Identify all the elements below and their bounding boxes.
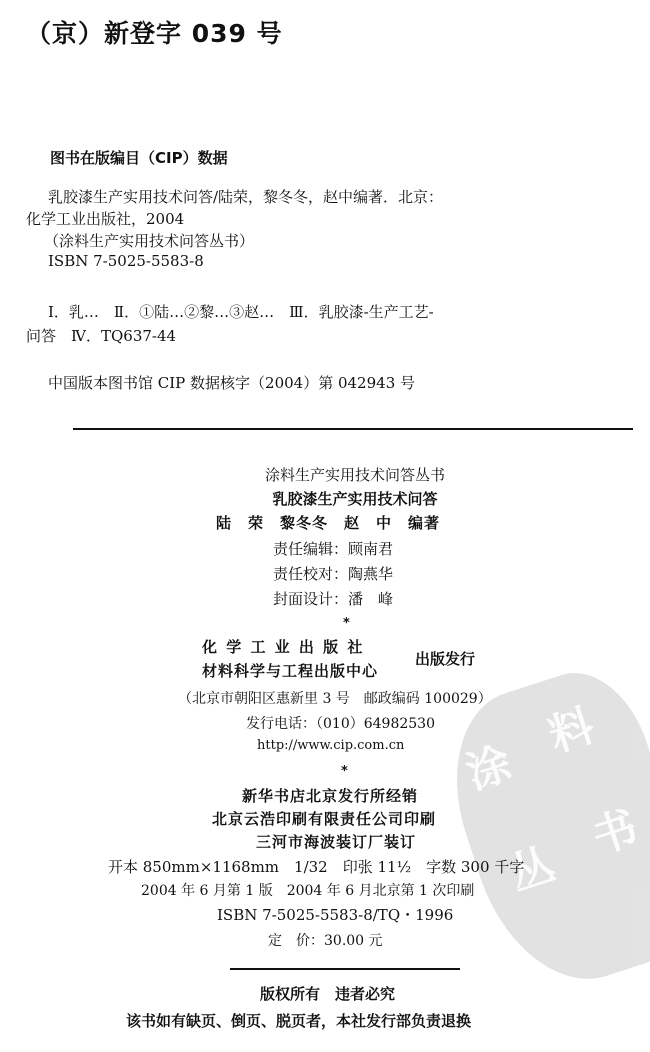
publisher-website[interactable]: http://www.cip.com.cn [257,738,404,753]
book-title: 乳胶漆生产实用技术问答 [30,488,650,509]
separator-star: * [341,764,348,779]
watermark-glyph: 料 [539,690,601,764]
watermark-glyph: 涂 [457,727,519,801]
publish-and-issue: 出版发行 [415,648,475,669]
copyright-notice: 版权所有 违者必究 [260,983,395,1004]
printer: 北京云浩印刷有限责任公司印刷 [212,808,436,829]
cip-record-number: 中国版本图书馆 CIP 数据核字（2004）第 042943 号 [48,372,415,393]
binder: 三河市海波装订厂装订 [256,831,416,852]
distributor: 新华书店北京发行所经销 [242,785,418,806]
defect-return-notice: 该书如有缺页、倒页、脱页者，本社发行部负责退换 [126,1010,471,1031]
publisher-center: 材料科学与工程出版中心 [202,660,378,681]
publisher-address: （北京市朝阳区惠新里 3 号 邮政编码 100029） [178,688,492,708]
divider-top [73,428,633,430]
separator-star: * [343,616,350,631]
series-name: 涂料生产实用技术问答丛书 [30,464,650,485]
cip-line-series: （涂料生产实用技术问答丛书） [44,230,254,251]
registration-number: （京）新登字 039 号 [26,14,283,50]
watermark-glyph: 书 [583,791,645,865]
authors: 陆 荣 黎冬冬 赵 中 编著 [216,512,440,533]
publisher-name: 化 学 工 业 出 版 社 [202,636,364,657]
divider-bottom [230,968,460,970]
cip-line-isbn: ISBN 7-5025-5583-8 [48,252,204,270]
cip-heading: 图书在版编目（CIP）数据 [50,147,228,168]
edition-info: 2004 年 6 月第 1 版 2004 年 6 月北京第 1 次印刷 [141,880,474,900]
isbn-full: ISBN 7-5025-5583-8/TQ・1996 [217,904,453,925]
cip-subject-line-2: 问答 Ⅳ．TQ637-44 [26,325,176,346]
proofreader: 责任校对：陶燕华 [273,563,393,584]
cip-line-title: 乳胶漆生产实用技术问答/陆荣，黎冬冬，赵中编著．北京： [48,186,443,207]
issue-phone: 发行电话：（010）64982530 [246,713,435,733]
responsible-editor: 责任编辑：顾南君 [273,538,393,559]
watermark-seal: 涂 料 丛 书 [429,656,650,1003]
cip-subject-line-1: Ⅰ．乳… Ⅱ．①陆…②黎…③赵… Ⅲ．乳胶漆-生产工艺- [48,301,434,322]
format-spec: 开本 850mm×1168mm 1/32 印张 11½ 字数 300 千字 [108,856,524,877]
price: 定 价：30.00 元 [268,930,383,950]
cip-line-publisher: 化学工业出版社，2004 [26,208,184,229]
cover-designer: 封面设计：潘 峰 [273,588,393,609]
